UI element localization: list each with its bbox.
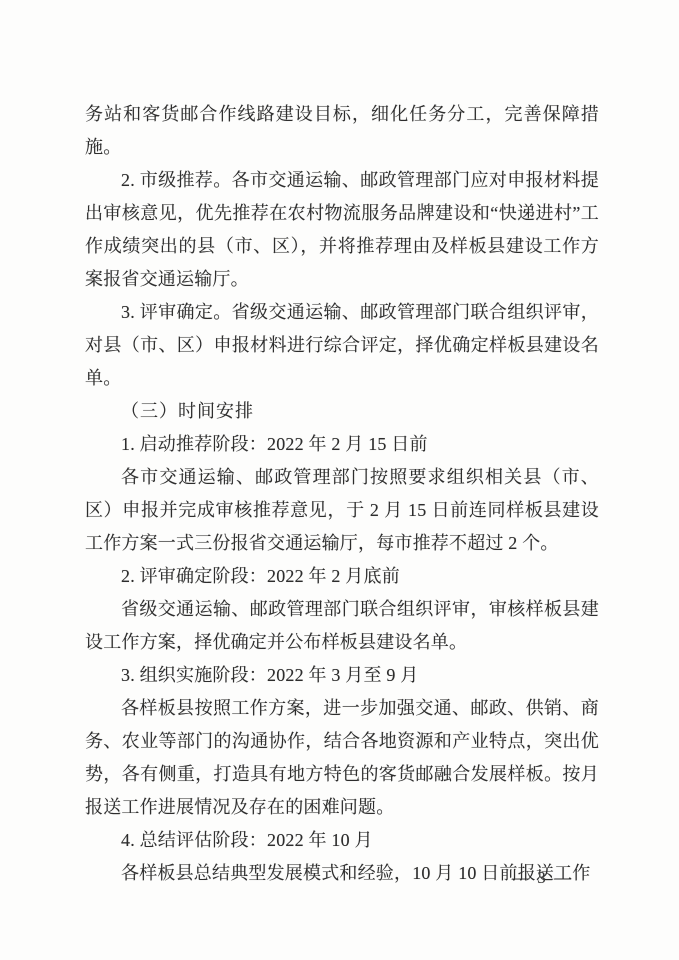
paragraph: 3. 评审确定。省级交通运输、邮政管理部门联合组织评审，对县（市、区）申报材料进…	[85, 296, 599, 395]
section-heading: （三）时间安排	[85, 395, 599, 428]
paragraph: 各市交通运输、邮政管理部门按照要求组织相关县（市、区）申报并完成审核推荐意见，于…	[85, 461, 599, 560]
paragraph: 3. 组织实施阶段：2022 年 3 月至 9 月	[85, 659, 599, 692]
paragraph: 各样板县按照工作方案，进一步加强交通、邮政、供销、商务、农业等部门的沟通协作，结…	[85, 692, 599, 824]
page-footer: — 3 —	[512, 864, 573, 892]
paragraph: 务站和客货邮合作线路建设目标，细化任务分工，完善保障措施。	[85, 98, 599, 164]
paragraph: 2. 市级推荐。各市交通运输、邮政管理部门应对申报材料提出审核意见，优先推荐在农…	[85, 164, 599, 296]
page-number: — 3 —	[512, 868, 573, 887]
paragraph: 省级交通运输、邮政管理部门联合组织评审，审核样板县建设工作方案，择优确定并公布样…	[85, 593, 599, 659]
paragraph: 4. 总结评估阶段：2022 年 10 月	[85, 824, 599, 857]
paragraph: 1. 启动推荐阶段：2022 年 2 月 15 日前	[85, 428, 599, 461]
body-text: 务站和客货邮合作线路建设目标，细化任务分工，完善保障措施。 2. 市级推荐。各市…	[85, 98, 599, 890]
paragraph: 2. 评审确定阶段：2022 年 2 月底前	[85, 560, 599, 593]
document-page: 务站和客货邮合作线路建设目标，细化任务分工，完善保障措施。 2. 市级推荐。各市…	[0, 0, 679, 960]
